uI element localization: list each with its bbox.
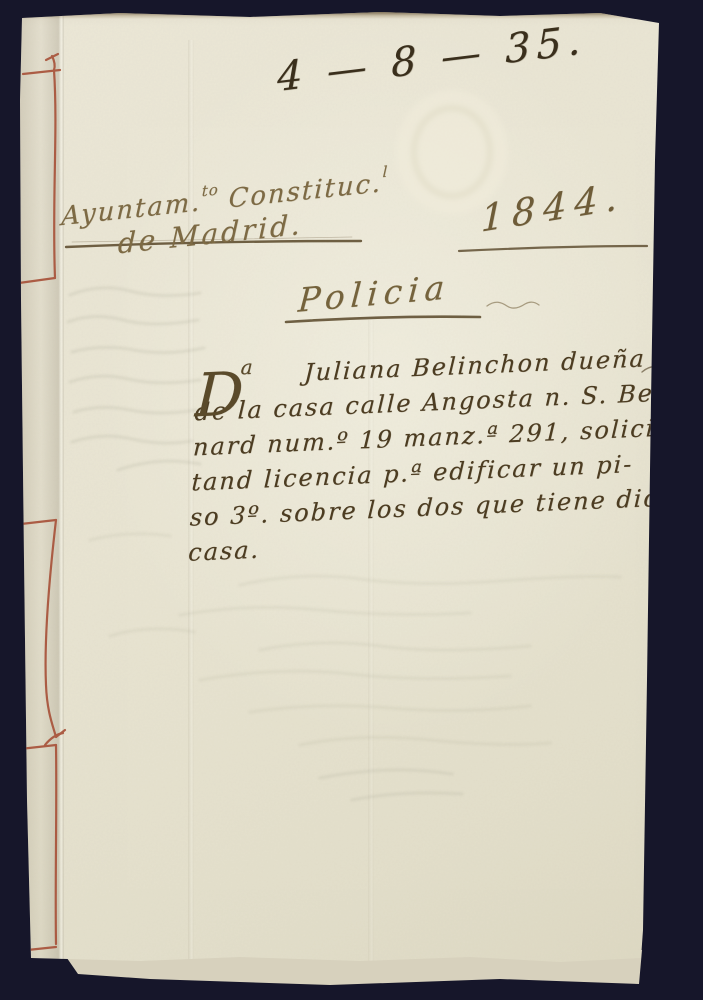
drop-initial-superscript: a [240, 355, 255, 380]
top-deckled-edge [20, 12, 659, 19]
org-superscript-l: l [382, 163, 388, 182]
org-superscript-to: to [201, 180, 219, 200]
document-page: 4 — 8 — 35. Ayuntam.to Constituc.l de Ma… [0, 0, 703, 1000]
scan-background: 4 — 8 — 35. Ayuntam.to Constituc.l de Ma… [0, 0, 703, 1000]
binding-margin-fold [18, 0, 64, 1000]
drop-initial-letter: D [194, 359, 247, 431]
drop-initial: Da [195, 350, 256, 415]
body-paragraph: Da Juliana Belinchon dueña de la casa ca… [187, 339, 696, 571]
